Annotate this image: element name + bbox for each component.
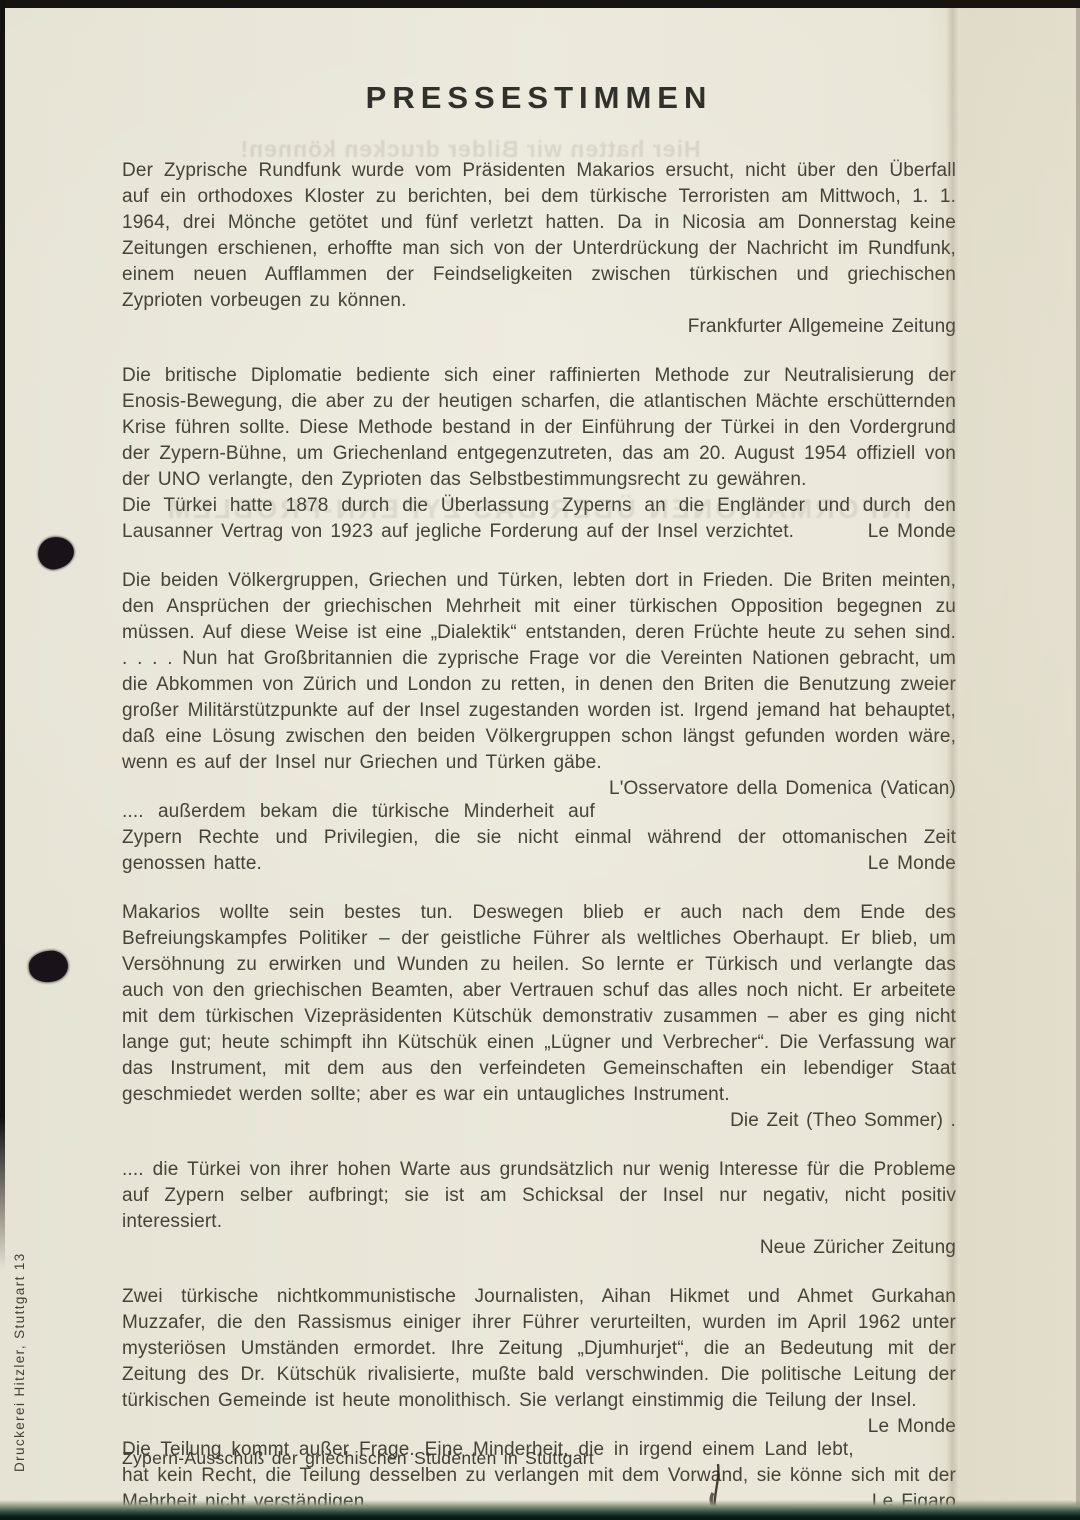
quote-1-text: Der Zyprische Rundfunk wurde vom Präside…: [122, 160, 956, 311]
press-quote-3: Die beiden Völkergruppen, Griechen und T…: [122, 568, 956, 776]
scan-edge-left: [0, 0, 5, 1270]
quote-5-text: Makarios wollte sein bestes tun. Deswege…: [122, 902, 956, 1105]
scan-edge-right: [1076, 8, 1080, 1508]
scan-edge-top: [0, 0, 1080, 8]
quote-6-text: .... die Türkei von ihrer hohen Warte au…: [122, 1159, 956, 1232]
quote-7-source: Le Monde: [854, 1414, 956, 1440]
document-content: PRESSESTIMMEN Der Zyprische Rundfunk wur…: [122, 0, 956, 1515]
printer-credit: Druckerei Hitzler, Stuttgart 13: [12, 1282, 27, 1472]
quote-3-source: L'Osservatore della Domenica (Vatican): [595, 776, 956, 802]
press-quote-6: .... die Türkei von ihrer hohen Warte au…: [122, 1157, 956, 1261]
quote-5-source: Die Zeit (Theo Sommer) .: [122, 1108, 956, 1134]
quote-2-source: Le Monde: [854, 519, 956, 545]
punch-hole-top: [35, 534, 76, 572]
quote-4-text: .... außerdem bekam die türkische Minder…: [122, 801, 956, 874]
scan-edge-bottom: [0, 1500, 1080, 1520]
quote-2-text-a: Die britische Diplomatie bediente sich e…: [122, 365, 956, 490]
footer-imprint: Zypern-Ausschuß der griechischen Student…: [122, 1448, 594, 1469]
quote-6-source: Neue Züricher Zeitung: [122, 1235, 956, 1261]
press-quote-2: Die britische Diplomatie bediente sich e…: [122, 363, 956, 545]
punch-hole-bottom: [27, 949, 69, 984]
quote-7-text: Zwei türkische nichtkommunistische Journ…: [122, 1286, 956, 1411]
quote-1-source: Frankfurter Allgemeine Zeitung: [122, 314, 956, 340]
press-quote-7: Zwei türkische nichtkommunistische Journ…: [122, 1284, 956, 1414]
press-quote-5: Makarios wollte sein bestes tun. Deswege…: [122, 900, 956, 1134]
page-fold-shadow: [946, 8, 958, 1506]
press-quote-1: Der Zyprische Rundfunk wurde vom Präside…: [122, 158, 956, 340]
scanned-document-page: Hier hatten wir Bilder drucken können! I…: [0, 0, 1080, 1520]
page-title: PRESSESTIMMEN: [122, 0, 956, 116]
quote-4-source: Le Monde: [854, 851, 956, 877]
press-quote-4: .... außerdem bekam die türkische Minder…: [122, 799, 956, 877]
quote-3-text: Die beiden Völkergruppen, Griechen und T…: [122, 570, 956, 773]
quote-2-text-b: Die Türkei hatte 1878 durch die Überlass…: [122, 495, 956, 542]
